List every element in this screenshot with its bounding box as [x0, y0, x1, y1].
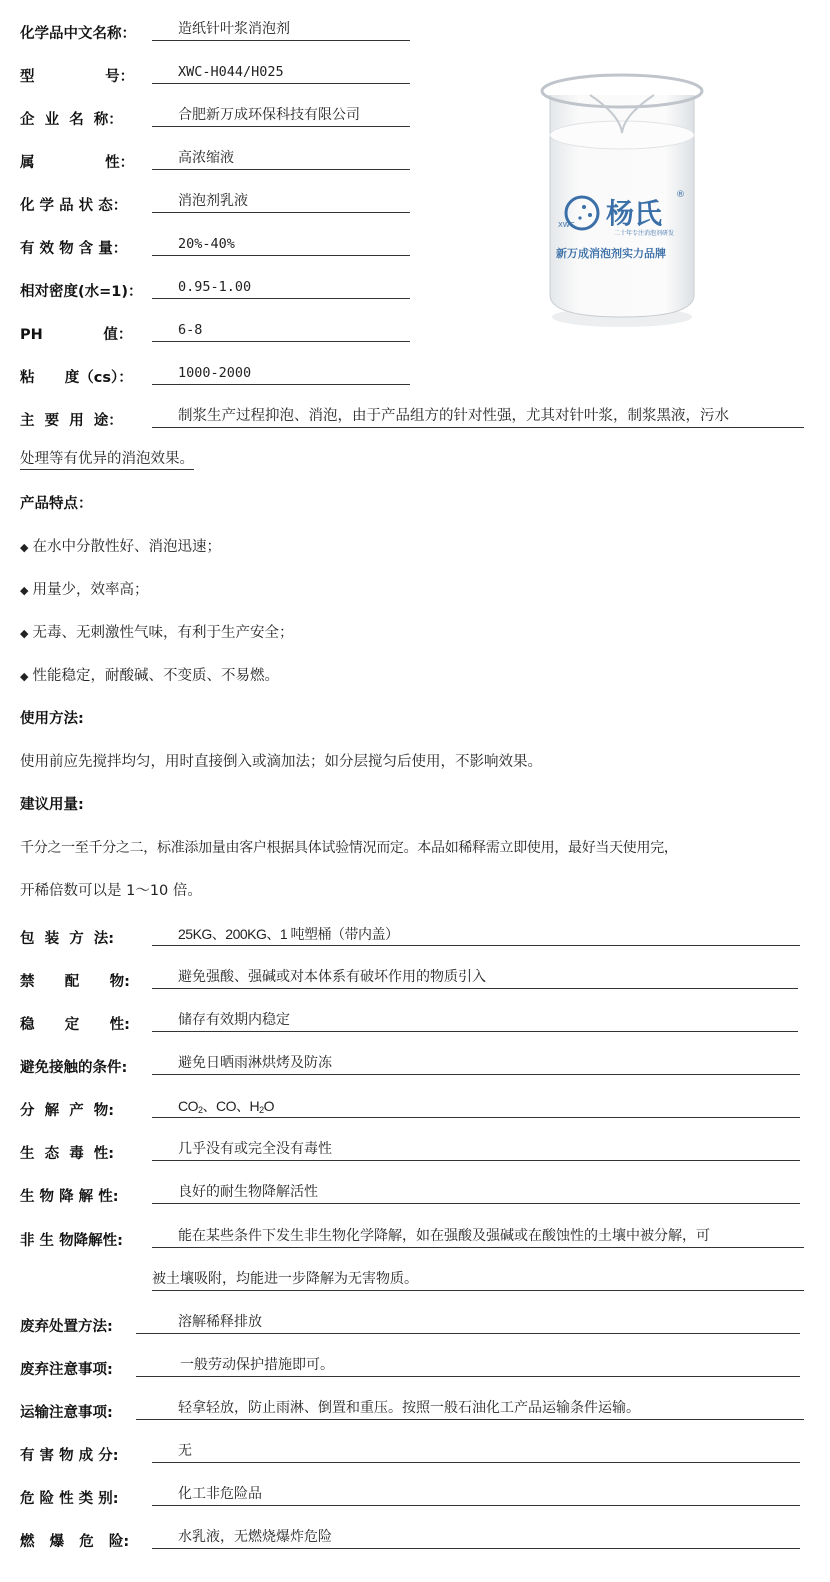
- product-beaker-image: XWC 杨氏 ® 二十年专注消泡剂研发 新万成消泡剂实力品牌: [530, 55, 715, 335]
- brand-tagline: 二十年专注消泡剂研发: [614, 229, 674, 237]
- diamond-bullet-icon: ◆: [20, 627, 28, 640]
- hazard-value: 水乳液，无燃烧爆炸危险: [152, 1527, 800, 1549]
- safety-value: CO2、CO、H2O: [152, 1096, 800, 1118]
- brand-slogan: 新万成消泡剂实力品牌: [556, 246, 666, 260]
- spec-label: 相对密度(水=1)：: [20, 282, 143, 302]
- diamond-bullet-icon: ◆: [20, 541, 28, 554]
- spec-label: 化 学 品 状 态：: [20, 196, 127, 216]
- spec-value: 消泡剂乳液: [152, 191, 410, 213]
- spec-label: 企 业 名 称：: [20, 110, 123, 130]
- main-use-line2: 处理等有优异的消泡效果。: [20, 449, 194, 470]
- spec-value: XWC-H044/H025: [152, 62, 410, 84]
- main-use-label: 主 要 用 途：: [20, 411, 123, 431]
- diamond-bullet-icon: ◆: [20, 670, 28, 683]
- safety-value: 避免强酸、强碱或对本体系有破坏作用的物质引入: [152, 967, 798, 989]
- safety-value: 储存有效期内稳定: [152, 1010, 798, 1032]
- spec-label: 粘 度（cs）：: [20, 368, 133, 388]
- feature-item: ◆无毒、无刺激性气味，有利于生产安全；: [20, 623, 293, 644]
- dosage-line1: 千分之一至千分之二，标准添加量由客户根据具体试验情况而定。本品如稀释需立即使用，…: [20, 838, 678, 858]
- hazard-value: 无: [152, 1441, 800, 1463]
- spec-value: 合肥新万成环保科技有限公司: [152, 105, 410, 127]
- feature-item: ◆性能稳定，耐酸碱、不变质、不易燃。: [20, 666, 279, 687]
- spec-value: 0.95-1.00: [152, 277, 410, 299]
- beaker-icon: XWC 杨氏 ® 二十年专注消泡剂研发 新万成消泡剂实力品牌: [530, 55, 715, 335]
- usage-text: 使用前应先搅拌均匀，用时直接倒入或滴加法；如分层搅匀后使用，不影响效果。: [20, 752, 542, 772]
- feature-item: ◆用量少，效率高；: [20, 580, 148, 601]
- spec-label: 有 效 物 含 量：: [20, 239, 127, 259]
- brand-abbr: XWC: [558, 221, 575, 229]
- svg-text:®: ®: [676, 190, 685, 200]
- spec-value: 高浓缩液: [152, 148, 410, 170]
- safety-value: 良好的耐生物降解活性: [152, 1182, 800, 1204]
- features-heading: 产品特点：: [20, 494, 93, 514]
- safety-value: 避免日晒雨淋烘烤及防冻: [152, 1053, 800, 1075]
- spec-value: 20%-40%: [152, 234, 410, 256]
- spec-label: 型 号：: [20, 67, 134, 87]
- abiotic-line1: 能在某些条件下发生非生物化学降解，如在强酸及强碱或在酸蚀性的土壤中被分解，可: [152, 1226, 804, 1248]
- main-use-line1: 制浆生产过程抑泡、消泡，由于产品组方的针对性强，尤其对针叶浆，制浆黑液，污水: [152, 406, 804, 428]
- disposal-value: 轻拿轻放，防止雨淋、倒置和重压。按照一般石油化工产品运输条件运输。: [136, 1398, 804, 1420]
- spec-value: 造纸针叶浆消泡剂: [152, 19, 410, 41]
- spec-label: PH 值：: [20, 325, 132, 345]
- safety-value: 几乎没有或完全没有毒性: [152, 1139, 800, 1161]
- usage-heading: 使用方法:: [20, 709, 84, 729]
- dosage-line2: 开稀倍数可以是 1～10 倍。: [20, 881, 202, 901]
- diamond-bullet-icon: ◆: [20, 584, 28, 597]
- abiotic-line2: 被土壤吸附，均能进一步降解为无害物质。: [152, 1269, 804, 1291]
- hazard-value: 化工非危险品: [152, 1484, 800, 1506]
- spec-value: 6-8: [152, 320, 410, 342]
- spec-label: 属 性：: [20, 153, 134, 173]
- disposal-value: 一般劳动保护措施即可。: [136, 1355, 800, 1377]
- spec-label: 化学品中文名称：: [20, 24, 136, 44]
- spec-value: 1000-2000: [152, 363, 410, 385]
- brand-name: 杨氏: [606, 197, 663, 230]
- safety-value: 25KG、200KG、1 吨塑桶（带内盖）: [152, 924, 800, 946]
- feature-item: ◆在水中分散性好、消泡迅速；: [20, 537, 221, 558]
- disposal-value: 溶解稀释排放: [136, 1312, 800, 1334]
- dosage-heading: 建议用量:: [20, 795, 84, 815]
